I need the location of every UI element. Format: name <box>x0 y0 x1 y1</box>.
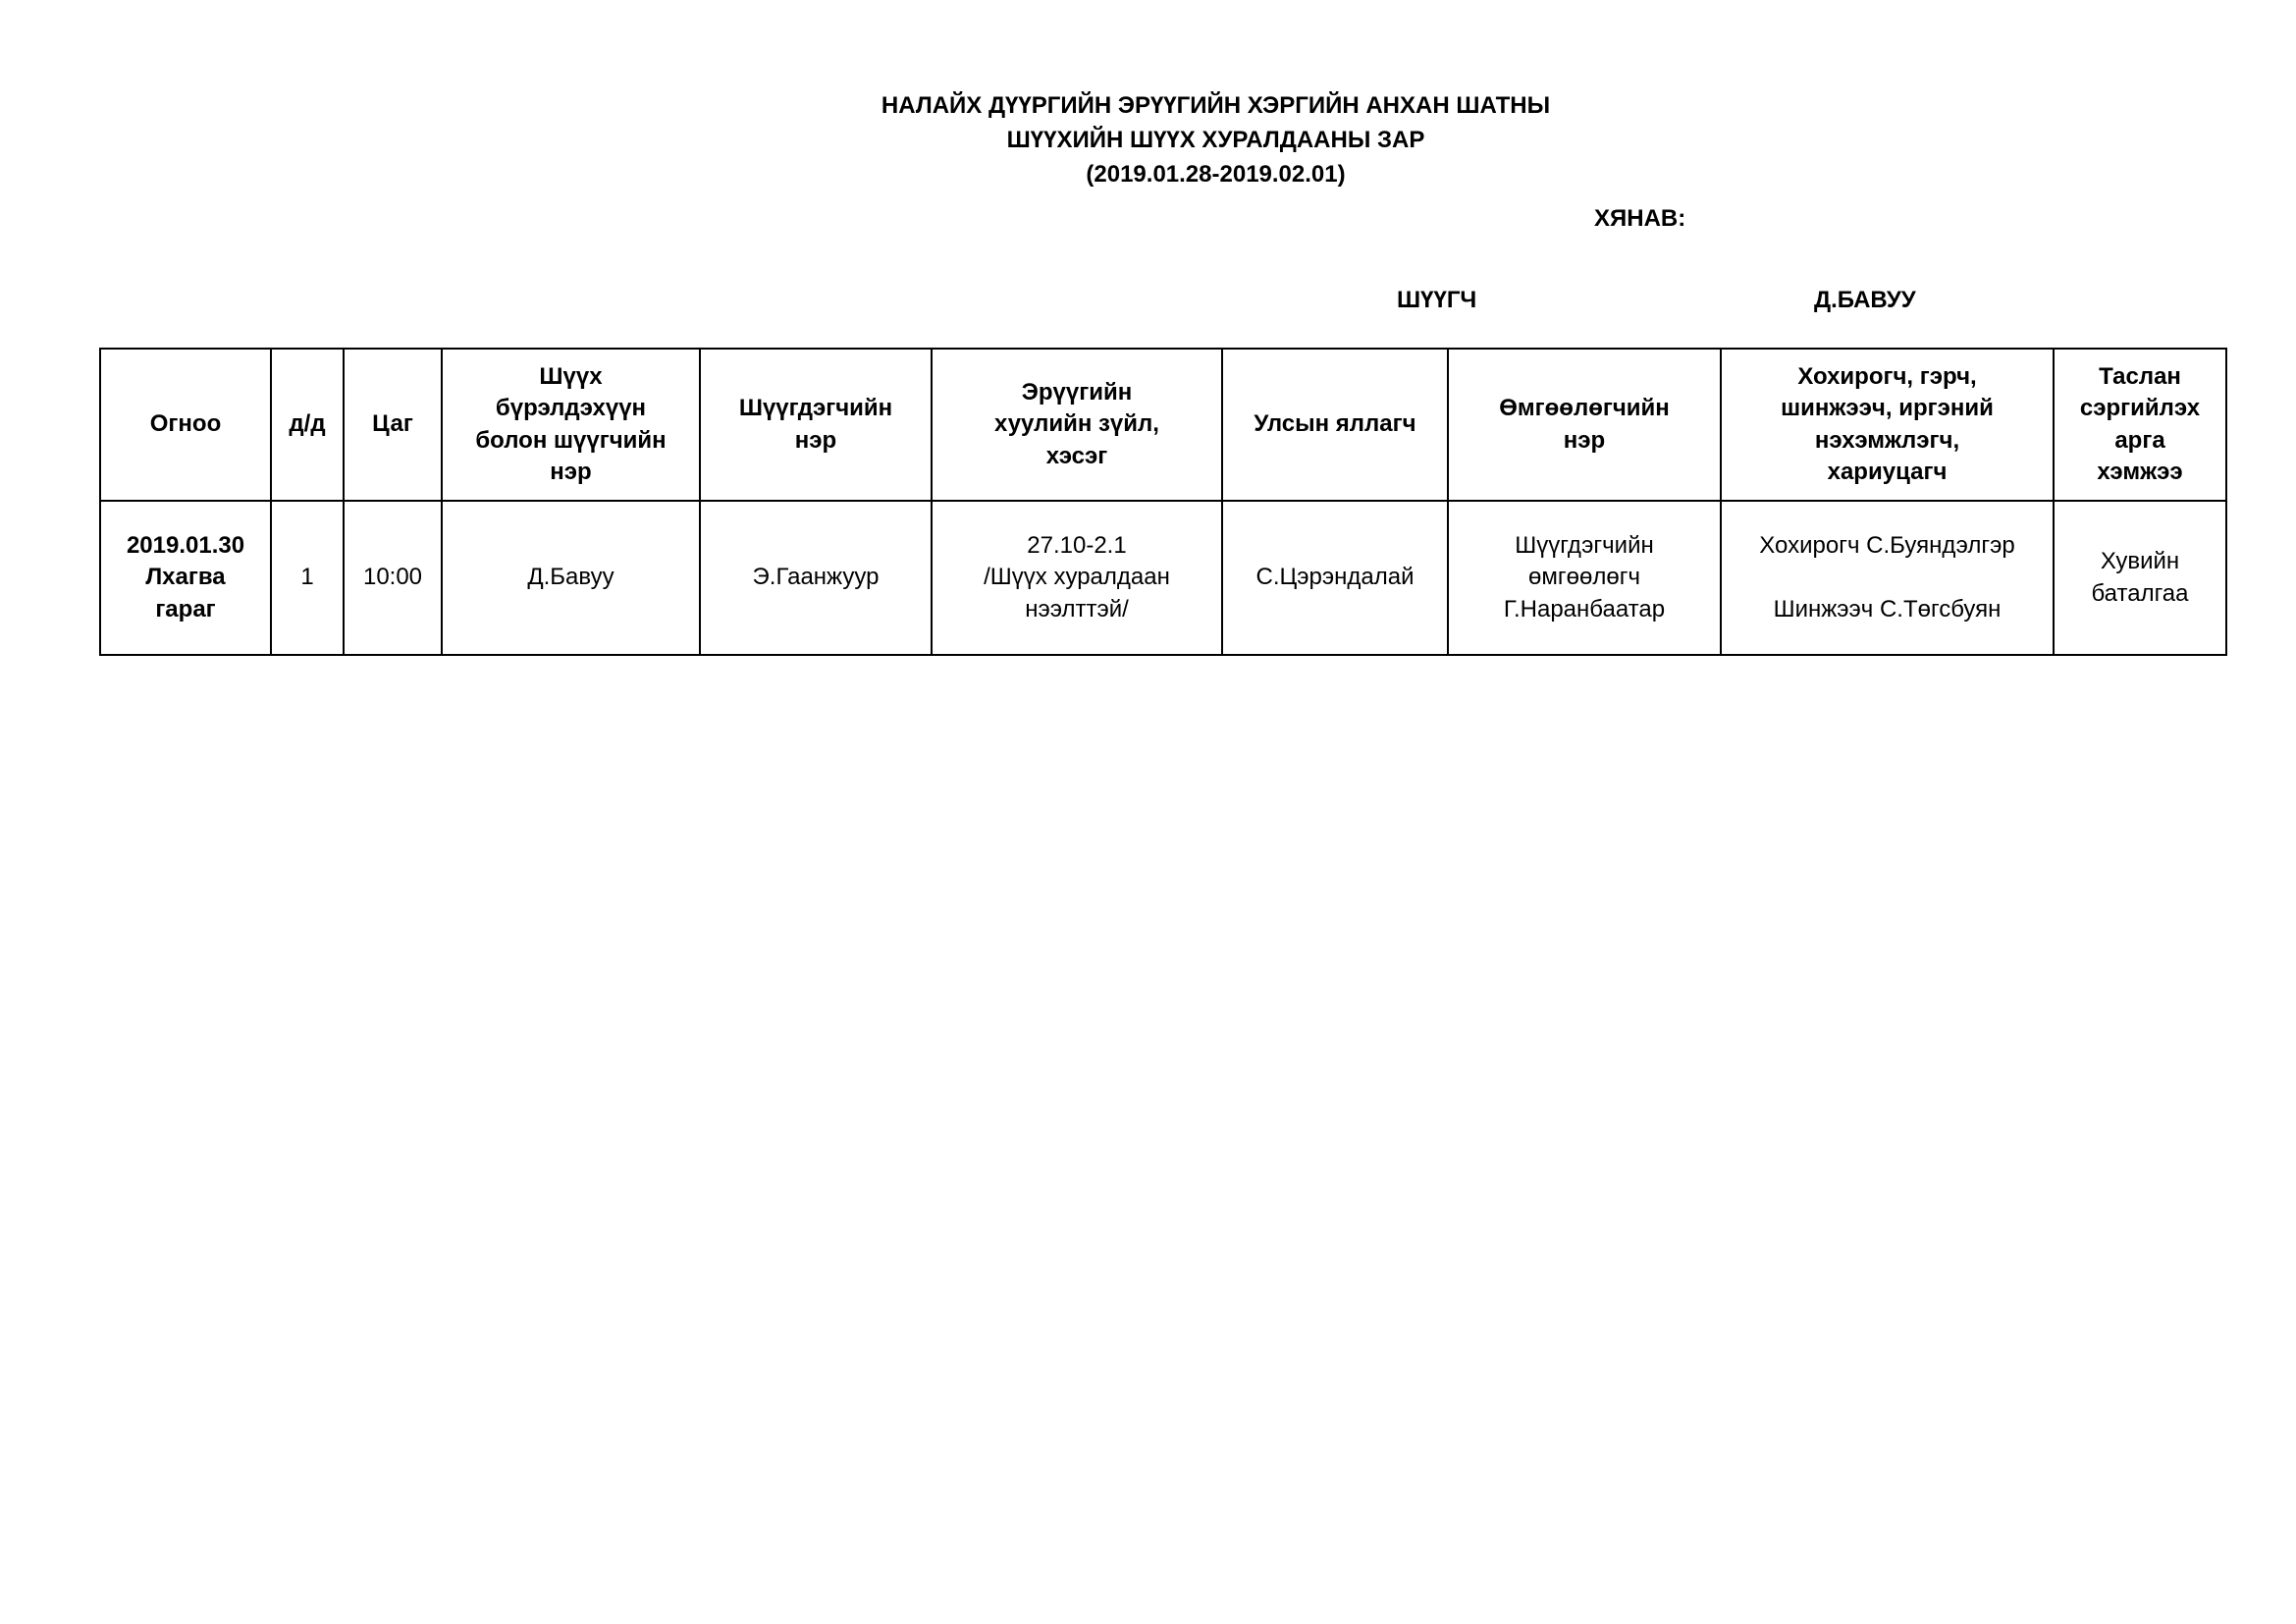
header-criminal-code: Эрүүгийн хуулийн зүйл, хэсэг <box>932 349 1222 501</box>
cell-defense-lawyer: Шүүгдэгчийн өмгөөлөгч Г.Наранбаатар <box>1448 501 1721 655</box>
header-date: Огноо <box>100 349 271 501</box>
header-prosecutor: Улсын яллагч <box>1222 349 1448 501</box>
header-parties: Хохирогч, гэрч, шинжээч, иргэний нэхэмжл… <box>1721 349 2054 501</box>
cell-prosecutor: С.Цэрэндалай <box>1222 501 1448 655</box>
table-header-row: Огноо д/д Цаг Шүүх бүрэлдэхүүн болон шүү… <box>100 349 2226 501</box>
cell-time: 10:00 <box>344 501 442 655</box>
header-defendant: Шүүгдэгчийн нэр <box>700 349 932 501</box>
header-time: Цаг <box>344 349 442 501</box>
approval-label: ХЯНАВ: <box>1594 205 1685 233</box>
cell-parties: Хохирогч С.Буяндэлгэр Шинжээч С.Төгсбуян <box>1721 501 2054 655</box>
approval-role: ШҮҮГЧ <box>1397 287 1476 314</box>
hearing-schedule-table: Огноо д/д Цаг Шүүх бүрэлдэхүүн болон шүү… <box>99 348 2227 656</box>
cell-criminal-code: 27.10-2.1 /Шүүх хуралдаан нээлттэй/ <box>932 501 1222 655</box>
cell-preventive-measure: Хувийн баталгаа <box>2054 501 2226 655</box>
title-line-1: НАЛАЙХ ДҮҮРГИЙН ЭРҮҮГИЙН ХЭРГИЙН АНХАН Ш… <box>68 88 2296 123</box>
header-preventive-measure: Таслан сэргийлэх арга хэмжээ <box>2054 349 2226 501</box>
title-line-2: ШҮҮХИЙН ШҮҮХ ХУРАЛДААНЫ ЗАР <box>68 123 2296 157</box>
header-number: д/д <box>271 349 344 501</box>
cell-date: 2019.01.30 Лхагва гараг <box>100 501 271 655</box>
header-court-composition: Шүүх бүрэлдэхүүн болон шүүгчийн нэр <box>442 349 700 501</box>
cell-defendant: Э.Гаанжуур <box>700 501 932 655</box>
approval-name: Д.БАВУУ <box>1814 287 1916 314</box>
cell-number: 1 <box>271 501 344 655</box>
document-title: НАЛАЙХ ДҮҮРГИЙН ЭРҮҮГИЙН ХЭРГИЙН АНХАН Ш… <box>0 88 2296 191</box>
header-defense-lawyer: Өмгөөлөгчийн нэр <box>1448 349 1721 501</box>
table-row: 2019.01.30 Лхагва гараг 1 10:00 Д.Бавуу … <box>100 501 2226 655</box>
cell-judge: Д.Бавуу <box>442 501 700 655</box>
title-line-3: (2019.01.28-2019.02.01) <box>68 157 2296 191</box>
